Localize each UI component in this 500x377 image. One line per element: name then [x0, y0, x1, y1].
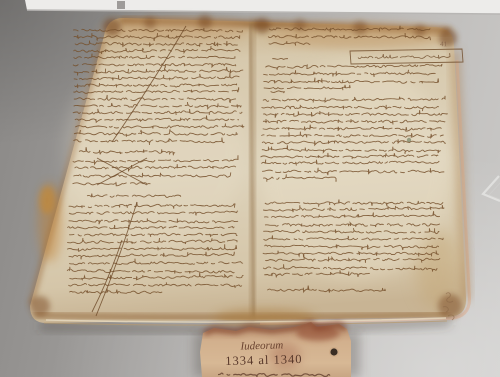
label-dates-text: 1334 al 1340 [225, 352, 303, 368]
case-shelf-strip [25, 0, 500, 14]
stain [103, 18, 121, 36]
label-tag: Iudeorum 1334 al 1340 [194, 322, 360, 377]
label-tag-stain [296, 325, 340, 341]
stain [438, 294, 462, 318]
stain [198, 15, 212, 29]
acrylic-corner-glint [483, 176, 500, 201]
stain [144, 17, 156, 29]
display-case-photo: 41 Iudeorum 1334 al 1340 [0, 0, 500, 377]
stain [39, 186, 55, 214]
stain [353, 21, 367, 35]
folio-number: 41 [440, 40, 448, 48]
open-manuscript-book: 41 [30, 15, 470, 327]
stain [254, 18, 270, 34]
stain [414, 25, 426, 37]
manuscript-photo: 41 Iudeorum 1334 al 1340 [0, 0, 500, 377]
label-tag-hole [330, 348, 337, 355]
stain [65, 50, 245, 250]
label-title-text: Iudeorum [239, 339, 283, 352]
stain [30, 296, 50, 316]
small-stain-dot [407, 138, 411, 142]
case-bracket-notch [117, 1, 125, 9]
